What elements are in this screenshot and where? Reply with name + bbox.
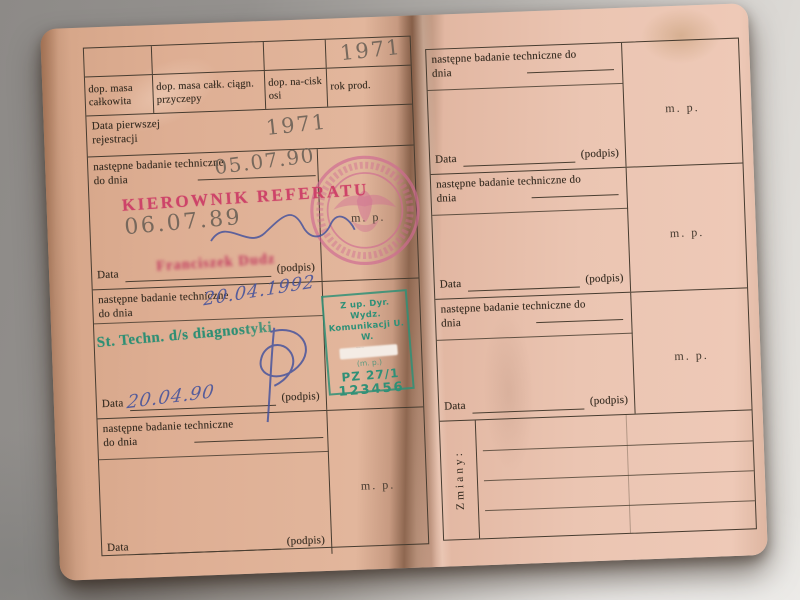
header-cell-total-mass: dop. masa całkowita: [85, 75, 154, 115]
section-rule: [437, 333, 633, 341]
section-rule: [99, 451, 329, 460]
inspection-section-r3: następne badanie techniczne do dnia Data…: [435, 288, 751, 421]
inspection-section-3: następne badanie techniczne do dnia Data…: [97, 407, 428, 562]
mp-seal-cell: m. p. Z up. Dyr. Wydz. Komunikacji U. W.…: [323, 278, 424, 409]
handwritten-production-year: 1971: [339, 35, 403, 65]
podpis-label: (podpis): [287, 534, 326, 549]
date-label: Data: [102, 398, 124, 413]
changes-label-cell: Zmiany:: [440, 420, 480, 539]
booklet-cover-edge: [40, 28, 90, 581]
empty-cell: [84, 46, 153, 76]
changes-label: Zmiany:: [452, 450, 466, 510]
mp-label: m. p.: [633, 346, 749, 365]
mp-seal-cell: m. p.: [622, 39, 742, 167]
date-label: Data: [440, 278, 462, 293]
inspection-section-r2: następne badanie techniczne do dnia Data…: [431, 164, 747, 300]
left-page-table: 1971 dop. masa całkowita dop. masa całk.…: [83, 36, 429, 557]
header-cell-trailer-mass: dop. masa całk. ciągn. przyczepy: [153, 71, 266, 113]
podpis-label: (podpis): [590, 394, 629, 409]
date-fill-line: [467, 271, 580, 292]
signature-ink-squiggle: [206, 196, 358, 257]
signature-loop: [212, 320, 336, 428]
inspection-main-cell: następne badanie techniczne do dnia Data…: [431, 168, 631, 299]
changes-rule-line: [484, 470, 754, 481]
inspection-main-cell: następne badanie techniczne do dnia Data…: [97, 411, 332, 562]
handwritten-first-registration-year: 1971: [265, 110, 329, 140]
changes-rule-line: [485, 500, 755, 511]
prod-year-label: rok prod.: [330, 80, 371, 95]
next-inspection-label: następne badanie techniczne do dnia: [93, 156, 226, 188]
changes-lines-area: [476, 410, 756, 538]
inspection-main-cell: następne badanie techniczne do dnia Data…: [426, 43, 626, 174]
first-registration-label: Data pierwszej rejestracji: [91, 116, 202, 148]
total-mass-label: dop. masa całkowita: [88, 81, 150, 109]
date-signature-row: Data (podpis): [107, 531, 325, 556]
date-signature-row: Data (podpis): [444, 391, 628, 415]
changes-rule-line: [483, 440, 753, 451]
section-rule: [428, 83, 624, 91]
mp-label: m. p.: [624, 98, 740, 117]
next-inspection-label: następne badanie techniczne do dnia: [440, 298, 591, 331]
date-signature-row: Data (podpis): [435, 144, 619, 168]
date-label: Data: [444, 400, 466, 415]
inspection-section-1: następne badanie techniczne do dnia 05.0…: [88, 146, 419, 291]
mp-seal-cell: m. p.: [631, 288, 751, 413]
date-signature-row: Data (podpis): [439, 269, 623, 293]
right-page-table: następne badanie techniczne do dnia Data…: [425, 38, 757, 541]
inspection-main-cell: następne badanie techniczne do dnia 20.0…: [93, 282, 328, 418]
mp-seal-cell: m. p.: [627, 164, 747, 292]
inspection-main-cell: następne badanie techniczne do dnia 05.0…: [88, 149, 323, 289]
date-fill-line: [471, 392, 584, 413]
inspection-main-cell: następne badanie techniczne do dnia Data…: [435, 293, 635, 421]
podpis-label: (podpis): [585, 272, 624, 287]
registration-booklet: 1971 dop. masa całkowita dop. masa całk.…: [40, 3, 768, 581]
inspection-section-2: następne badanie techniczne do dnia 20.0…: [93, 278, 424, 419]
axle-load-label: dop. na-cisk osi: [268, 75, 324, 103]
date-fill-line: [134, 533, 281, 555]
section-rule: [432, 208, 628, 216]
date-label: Data: [97, 269, 119, 284]
empty-cell: [152, 42, 265, 74]
next-inspection-label: następne badanie techniczne do dnia: [431, 48, 582, 81]
inspection-section-r1: następne badanie techniczne do dnia Data…: [426, 39, 742, 175]
changes-section: Zmiany:: [440, 410, 756, 539]
date-label: Data: [107, 542, 129, 557]
empty-cell: [264, 40, 327, 70]
komunikacja-box-stamp: Z up. Dyr. Wydz. Komunikacji U. W. (m. p…: [321, 289, 415, 396]
mp-label: m. p.: [330, 476, 426, 495]
header-cell-prod-year: rok prod.: [327, 66, 412, 107]
year-cell: 1971: [326, 37, 411, 68]
date-label: Data: [435, 153, 457, 168]
trailer-mass-label: dop. masa całk. ciągn. przyczepy: [156, 77, 262, 107]
date-fill-line: [462, 146, 575, 167]
mp-seal-cell: m. p.: [327, 407, 428, 553]
mp-label: m. p.: [629, 223, 745, 242]
podpis-label: (podpis): [581, 147, 620, 162]
header-cell-axle-load: dop. na-cisk osi: [265, 69, 328, 109]
next-inspection-label: następne badanie techniczne do dnia: [436, 173, 587, 206]
